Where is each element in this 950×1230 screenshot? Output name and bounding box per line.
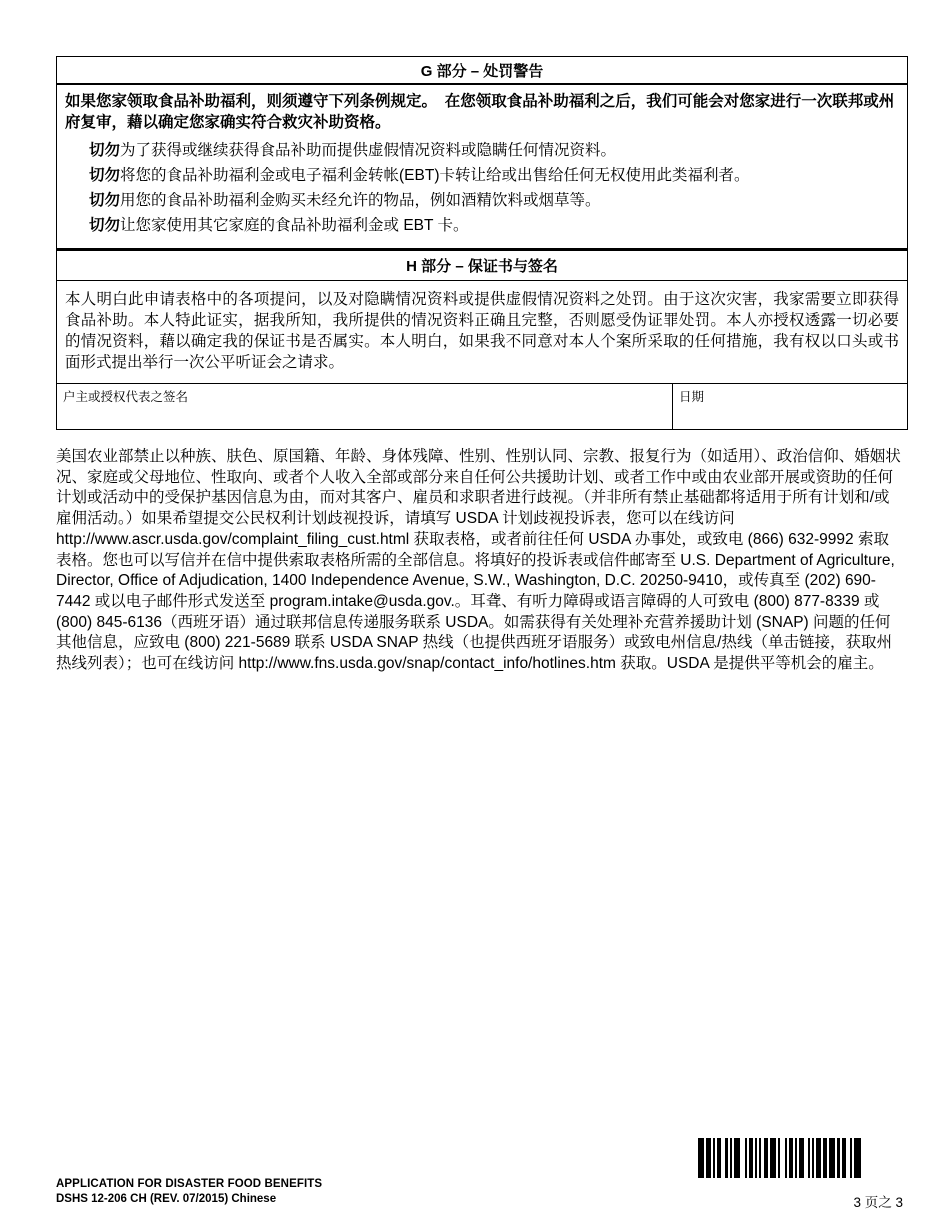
form-sections-table: G 部分 – 处罚警告 如果您家领取食品补助福利，则须遵守下列条例规定。 在您领…	[56, 56, 908, 430]
rule-item: 切勿为了获得或继续获得食品补助而提供虚假情况资料或隐瞒任何情况资料。	[65, 138, 899, 163]
form-title: APPLICATION FOR DISASTER FOOD BENEFITS	[56, 1178, 322, 1190]
rule-item: 切勿用您的食品补助福利金购买未经允许的物品，例如酒精饮料或烟草等。	[65, 188, 899, 213]
document-page: G 部分 – 处罚警告 如果您家领取食品补助福利，则须遵守下列条例规定。 在您领…	[0, 0, 950, 1230]
section-h-header: H 部分 – 保证书与签名	[57, 250, 907, 281]
signature-row: 户主或授权代表之签名 日期	[57, 384, 907, 429]
rule-item: 切勿让您家使用其它家庭的食品补助福利金或 EBT 卡。	[65, 213, 899, 238]
date-label: 日期	[679, 390, 704, 404]
form-number: DSHS 12-206 CH (REV. 07/2015) Chinese	[56, 1193, 276, 1205]
rule-lead: 切勿	[89, 142, 120, 159]
rule-text: 将您的食品补助福利金或电子福利金转帐(EBT)卡转让给或出售给任何无权使用此类福…	[120, 167, 749, 184]
signature-field[interactable]: 户主或授权代表之签名	[57, 384, 673, 429]
rule-lead: 切勿	[89, 167, 120, 184]
section-h-content: 本人明白此申请表格中的各项提问，以及对隐瞒情况资料或提供虚假情况资料之处罚。由于…	[57, 281, 907, 384]
certification-text: 本人明白此申请表格中的各项提问，以及对隐瞒情况资料或提供虚假情况资料之处罚。由于…	[65, 289, 899, 373]
section-h-title: H 部分 – 保证书与签名	[406, 255, 558, 276]
section-g-content: 如果您家领取食品补助福利，则须遵守下列条例规定。 在您领取食品补助福利之后，我们…	[57, 85, 907, 250]
date-field[interactable]: 日期	[673, 384, 907, 429]
section-g-title: G 部分 – 处罚警告	[421, 60, 544, 81]
page-indicator: 3 页之 3	[853, 1191, 903, 1211]
rule-item: 切勿将您的食品补助福利金或电子福利金转帐(EBT)卡转让给或出售给任何无权使用此…	[65, 163, 899, 188]
usda-nondiscrimination-statement: 美国农业部禁止以种族、肤色、原国籍、年龄、身体残障、性别、性别认同、宗教、报复行…	[56, 447, 904, 675]
document-body: G 部分 – 处罚警告 如果您家领取食品补助福利，则须遵守下列条例规定。 在您领…	[56, 56, 908, 675]
rule-lead: 切勿	[89, 192, 120, 209]
rule-lead: 切勿	[89, 217, 120, 234]
section-g-intro: 如果您家领取食品补助福利，则须遵守下列条例规定。 在您领取食品补助福利之后，我们…	[65, 91, 899, 133]
signature-label: 户主或授权代表之签名	[63, 390, 188, 404]
rule-text: 用您的食品补助福利金购买未经允许的物品，例如酒精饮料或烟草等。	[120, 192, 601, 209]
penalty-rules-list: 切勿为了获得或继续获得食品补助而提供虚假情况资料或隐瞒任何情况资料。 切勿将您的…	[65, 138, 899, 238]
rule-text: 为了获得或继续获得食品补助而提供虚假情况资料或隐瞒任何情况资料。	[120, 142, 616, 159]
barcode	[698, 1138, 861, 1178]
section-g-header: G 部分 – 处罚警告	[57, 57, 907, 85]
rule-text: 让您家使用其它家庭的食品补助福利金或 EBT 卡。	[120, 217, 468, 234]
